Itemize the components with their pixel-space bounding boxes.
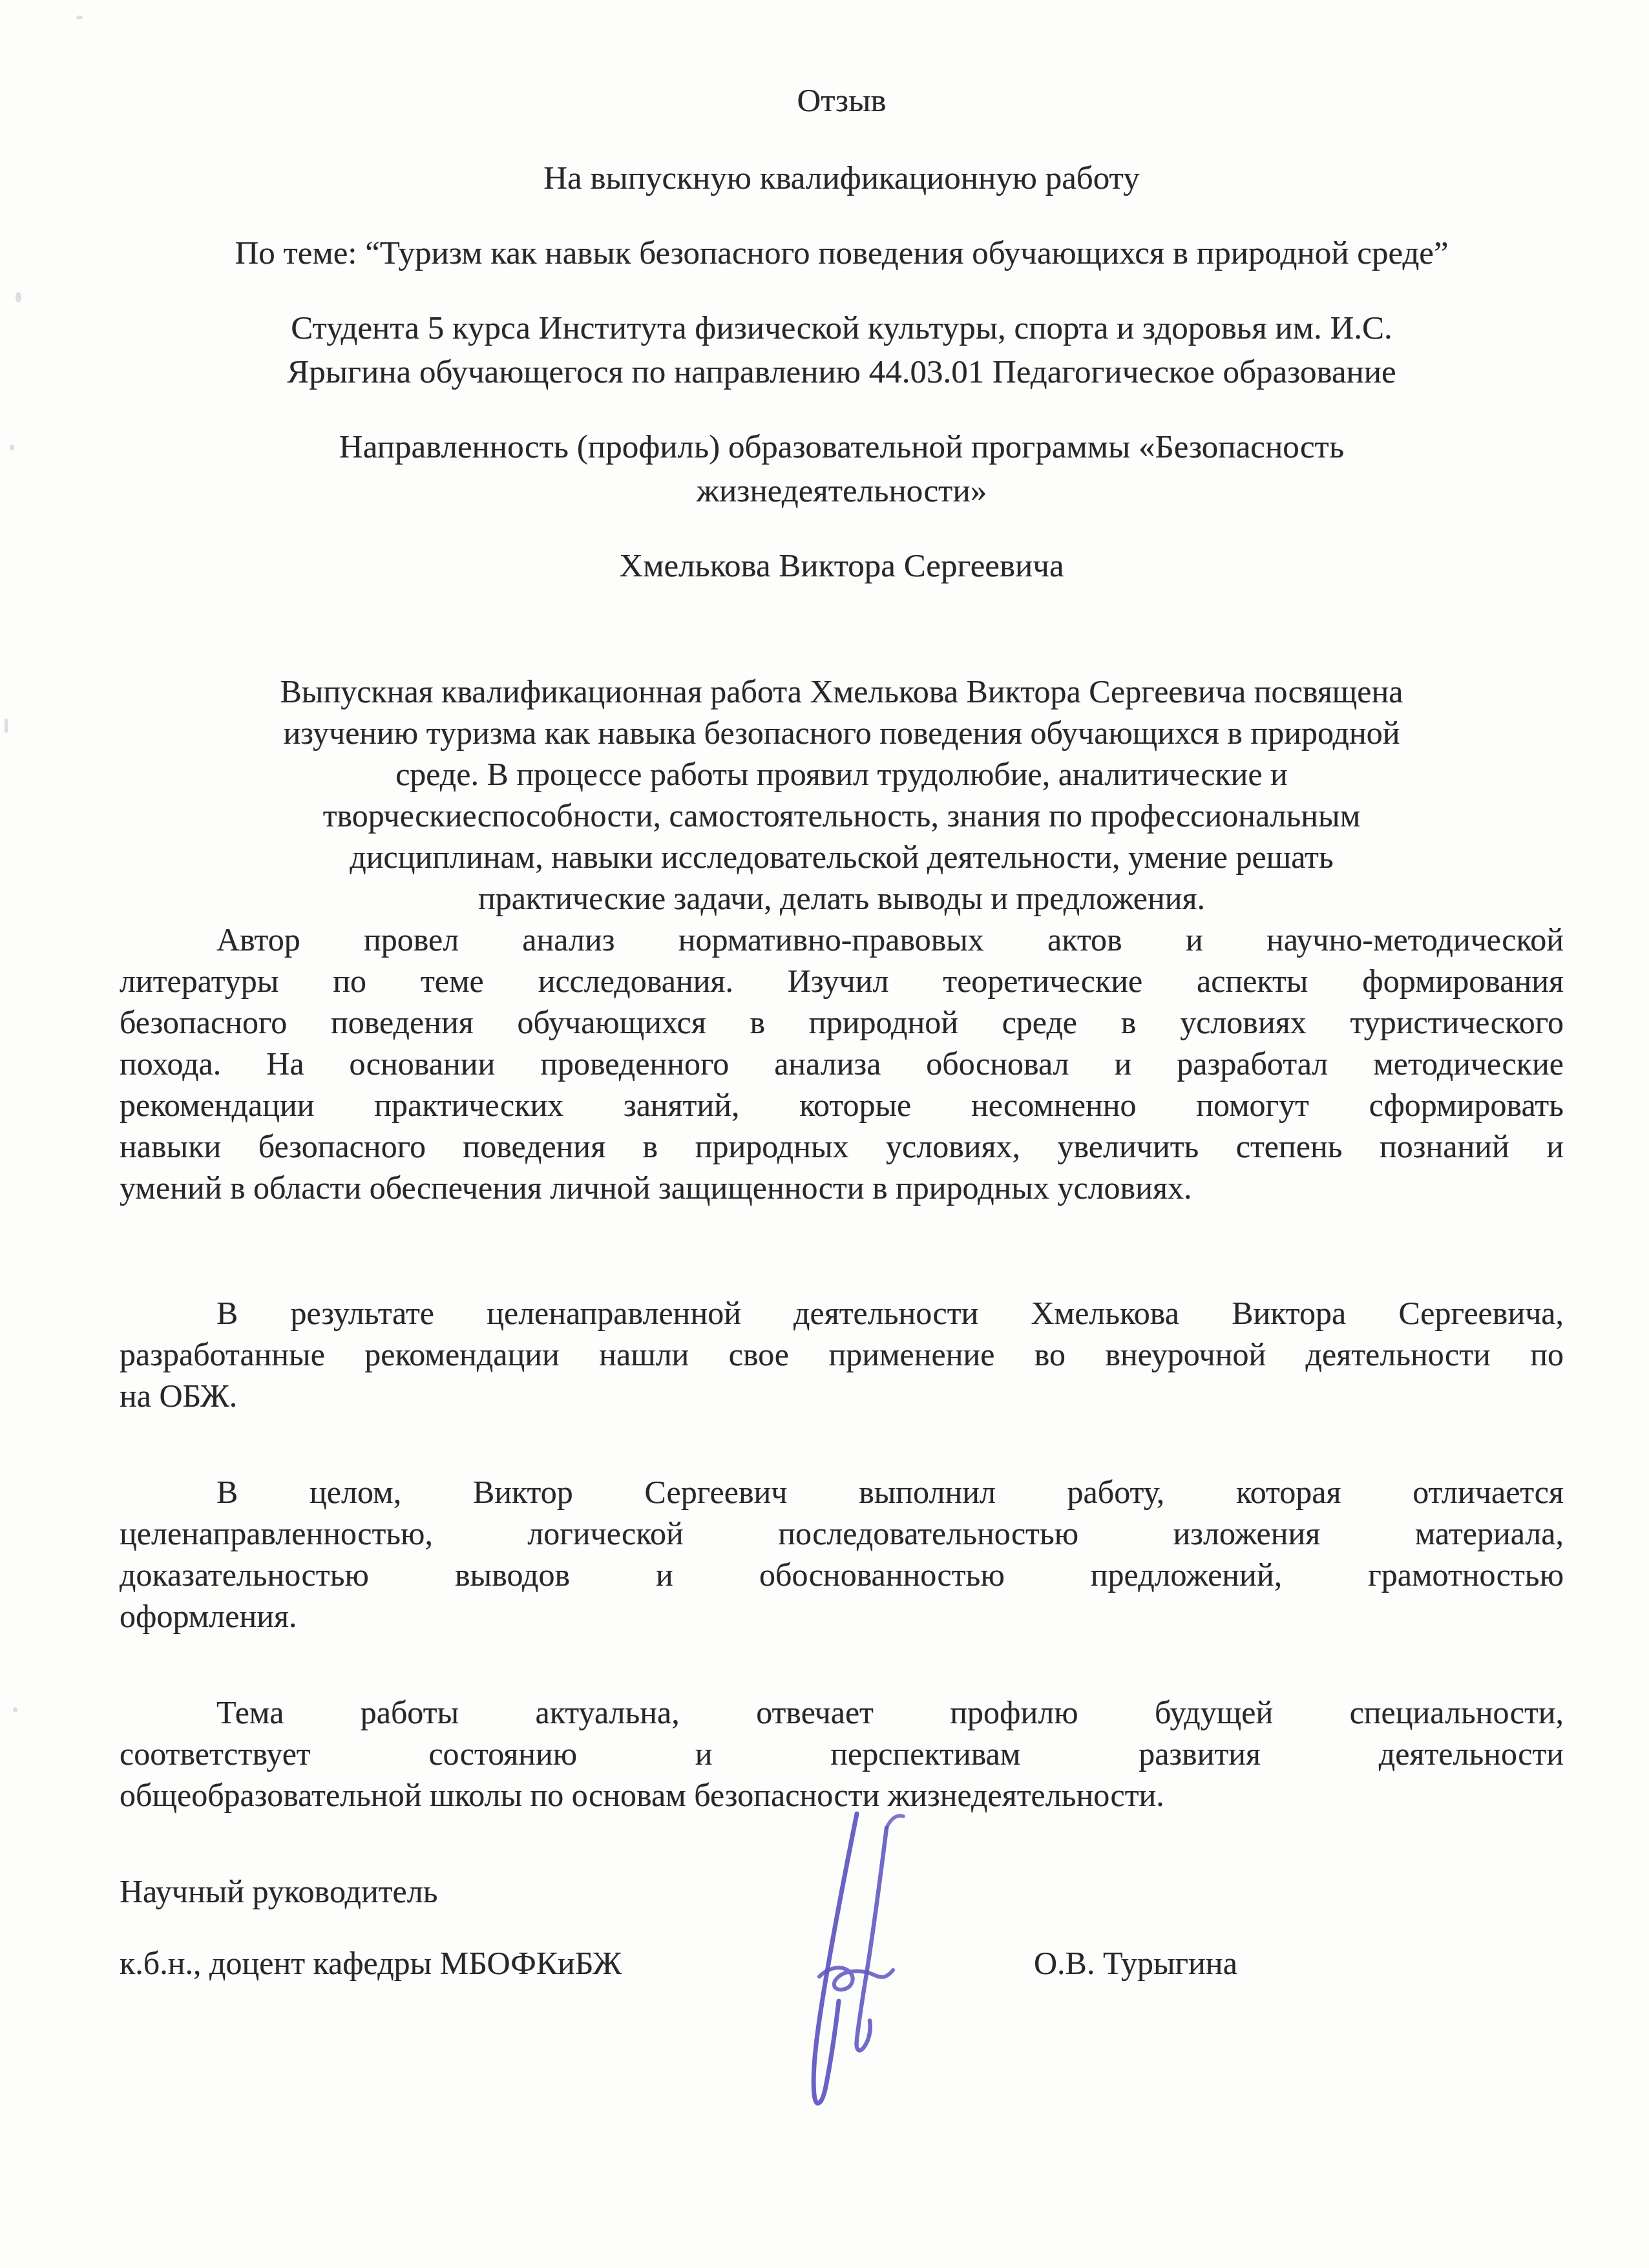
- paragraph-results: В результате целенаправленной деятельнос…: [120, 1292, 1564, 1416]
- scan-speck: [10, 445, 14, 450]
- paragraph-line: литературы по теме исследования. Изучил …: [120, 960, 1564, 1002]
- paragraph-line: творческиеспособности, самостоятельность…: [120, 795, 1564, 836]
- program-info: Направленность (профиль) образовательной…: [120, 425, 1564, 513]
- document-subtitle: На выпускную квалификационную работу: [120, 156, 1564, 200]
- student-info-line: Студента 5 курса Института физической ку…: [120, 306, 1564, 350]
- paragraph-evaluation: В целом, Виктор Сергеевич выполнил работ…: [120, 1471, 1564, 1637]
- supervisor-position: к.б.н., доцент кафедры МБОФКиБЖ: [120, 1942, 622, 1984]
- paragraph-line: умений в области обеспечения личной защи…: [120, 1167, 1564, 1208]
- paragraph-line: дисциплинам, навыки исследовательской де…: [120, 836, 1564, 877]
- paragraph-line: соответствует состоянию и перспективам р…: [120, 1733, 1564, 1774]
- paragraph-line: среде. В процессе работы проявил трудолю…: [120, 753, 1564, 795]
- paragraph-summary: Выпускная квалификационная работа Хмельк…: [120, 671, 1564, 919]
- paragraph-line: В результате целенаправленной деятельнос…: [120, 1292, 1564, 1334]
- paragraph-line: целенаправленностью, логической последов…: [120, 1513, 1564, 1554]
- thesis-topic: По теме: “Туризм как навык безопасного п…: [120, 231, 1564, 275]
- scan-speck: [16, 292, 21, 302]
- scan-speck: [5, 719, 8, 733]
- paragraph-analysis: Автор провел анализ нормативно-правовых …: [120, 919, 1564, 1208]
- signature-row: к.б.н., доцент кафедры МБОФКиБЖ О.В. Тур…: [120, 1942, 1564, 2246]
- paragraph-line: Автор провел анализ нормативно-правовых …: [120, 919, 1564, 960]
- scan-speck: [13, 1707, 17, 1712]
- paragraph-line: разработанные рекомендации нашли свое пр…: [120, 1334, 1564, 1375]
- paragraph-line: оформления.: [120, 1595, 1564, 1637]
- program-info-line: жизнедеятельности»: [120, 469, 1564, 513]
- paragraph-line: В целом, Виктор Сергеевич выполнил работ…: [120, 1471, 1564, 1513]
- paragraph-line: доказательностью выводов и обоснованност…: [120, 1554, 1564, 1595]
- paragraph-line: похода. На основании проведенного анализ…: [120, 1043, 1564, 1084]
- supervisor-signature: [788, 1810, 950, 2120]
- paragraph-line: на ОБЖ.: [120, 1375, 1564, 1416]
- paragraph-line: навыки безопасного поведения в природных…: [120, 1126, 1564, 1167]
- signature-stroke: [814, 1814, 857, 2103]
- document-title: Отзыв: [120, 79, 1564, 123]
- program-info-line: Направленность (профиль) образовательной…: [120, 425, 1564, 469]
- paragraph-line: безопасного поведения обучающихся в прир…: [120, 1002, 1564, 1043]
- signature-stroke: [819, 1968, 893, 1990]
- paragraph-line: Выпускная квалификационная работа Хмельк…: [120, 671, 1564, 712]
- document-page: Отзыв На выпускную квалификационную рабо…: [0, 0, 1649, 2268]
- signature-stroke: [887, 1816, 903, 1828]
- paragraph-line: изучению туризма как навыка безопасного …: [120, 712, 1564, 753]
- student-name: Хмелькова Виктора Сергеевича: [120, 544, 1564, 588]
- supervisor-name: О.В. Турыгина: [1034, 1942, 1237, 1984]
- paragraph-line: рекомендации практических занятий, котор…: [120, 1084, 1564, 1126]
- paragraph-line: Тема работы актуальна, отвечает профилю …: [120, 1692, 1564, 1733]
- paragraph-line: практические задачи, делать выводы и пре…: [120, 877, 1564, 919]
- paragraph-relevance: Тема работы актуальна, отвечает профилю …: [120, 1692, 1564, 1816]
- student-info-line: Ярыгина обучающегося по направлению 44.0…: [120, 350, 1564, 394]
- student-info: Студента 5 курса Института физической ку…: [120, 306, 1564, 394]
- signature-stroke: [857, 1828, 887, 2050]
- scan-speck: [76, 16, 83, 19]
